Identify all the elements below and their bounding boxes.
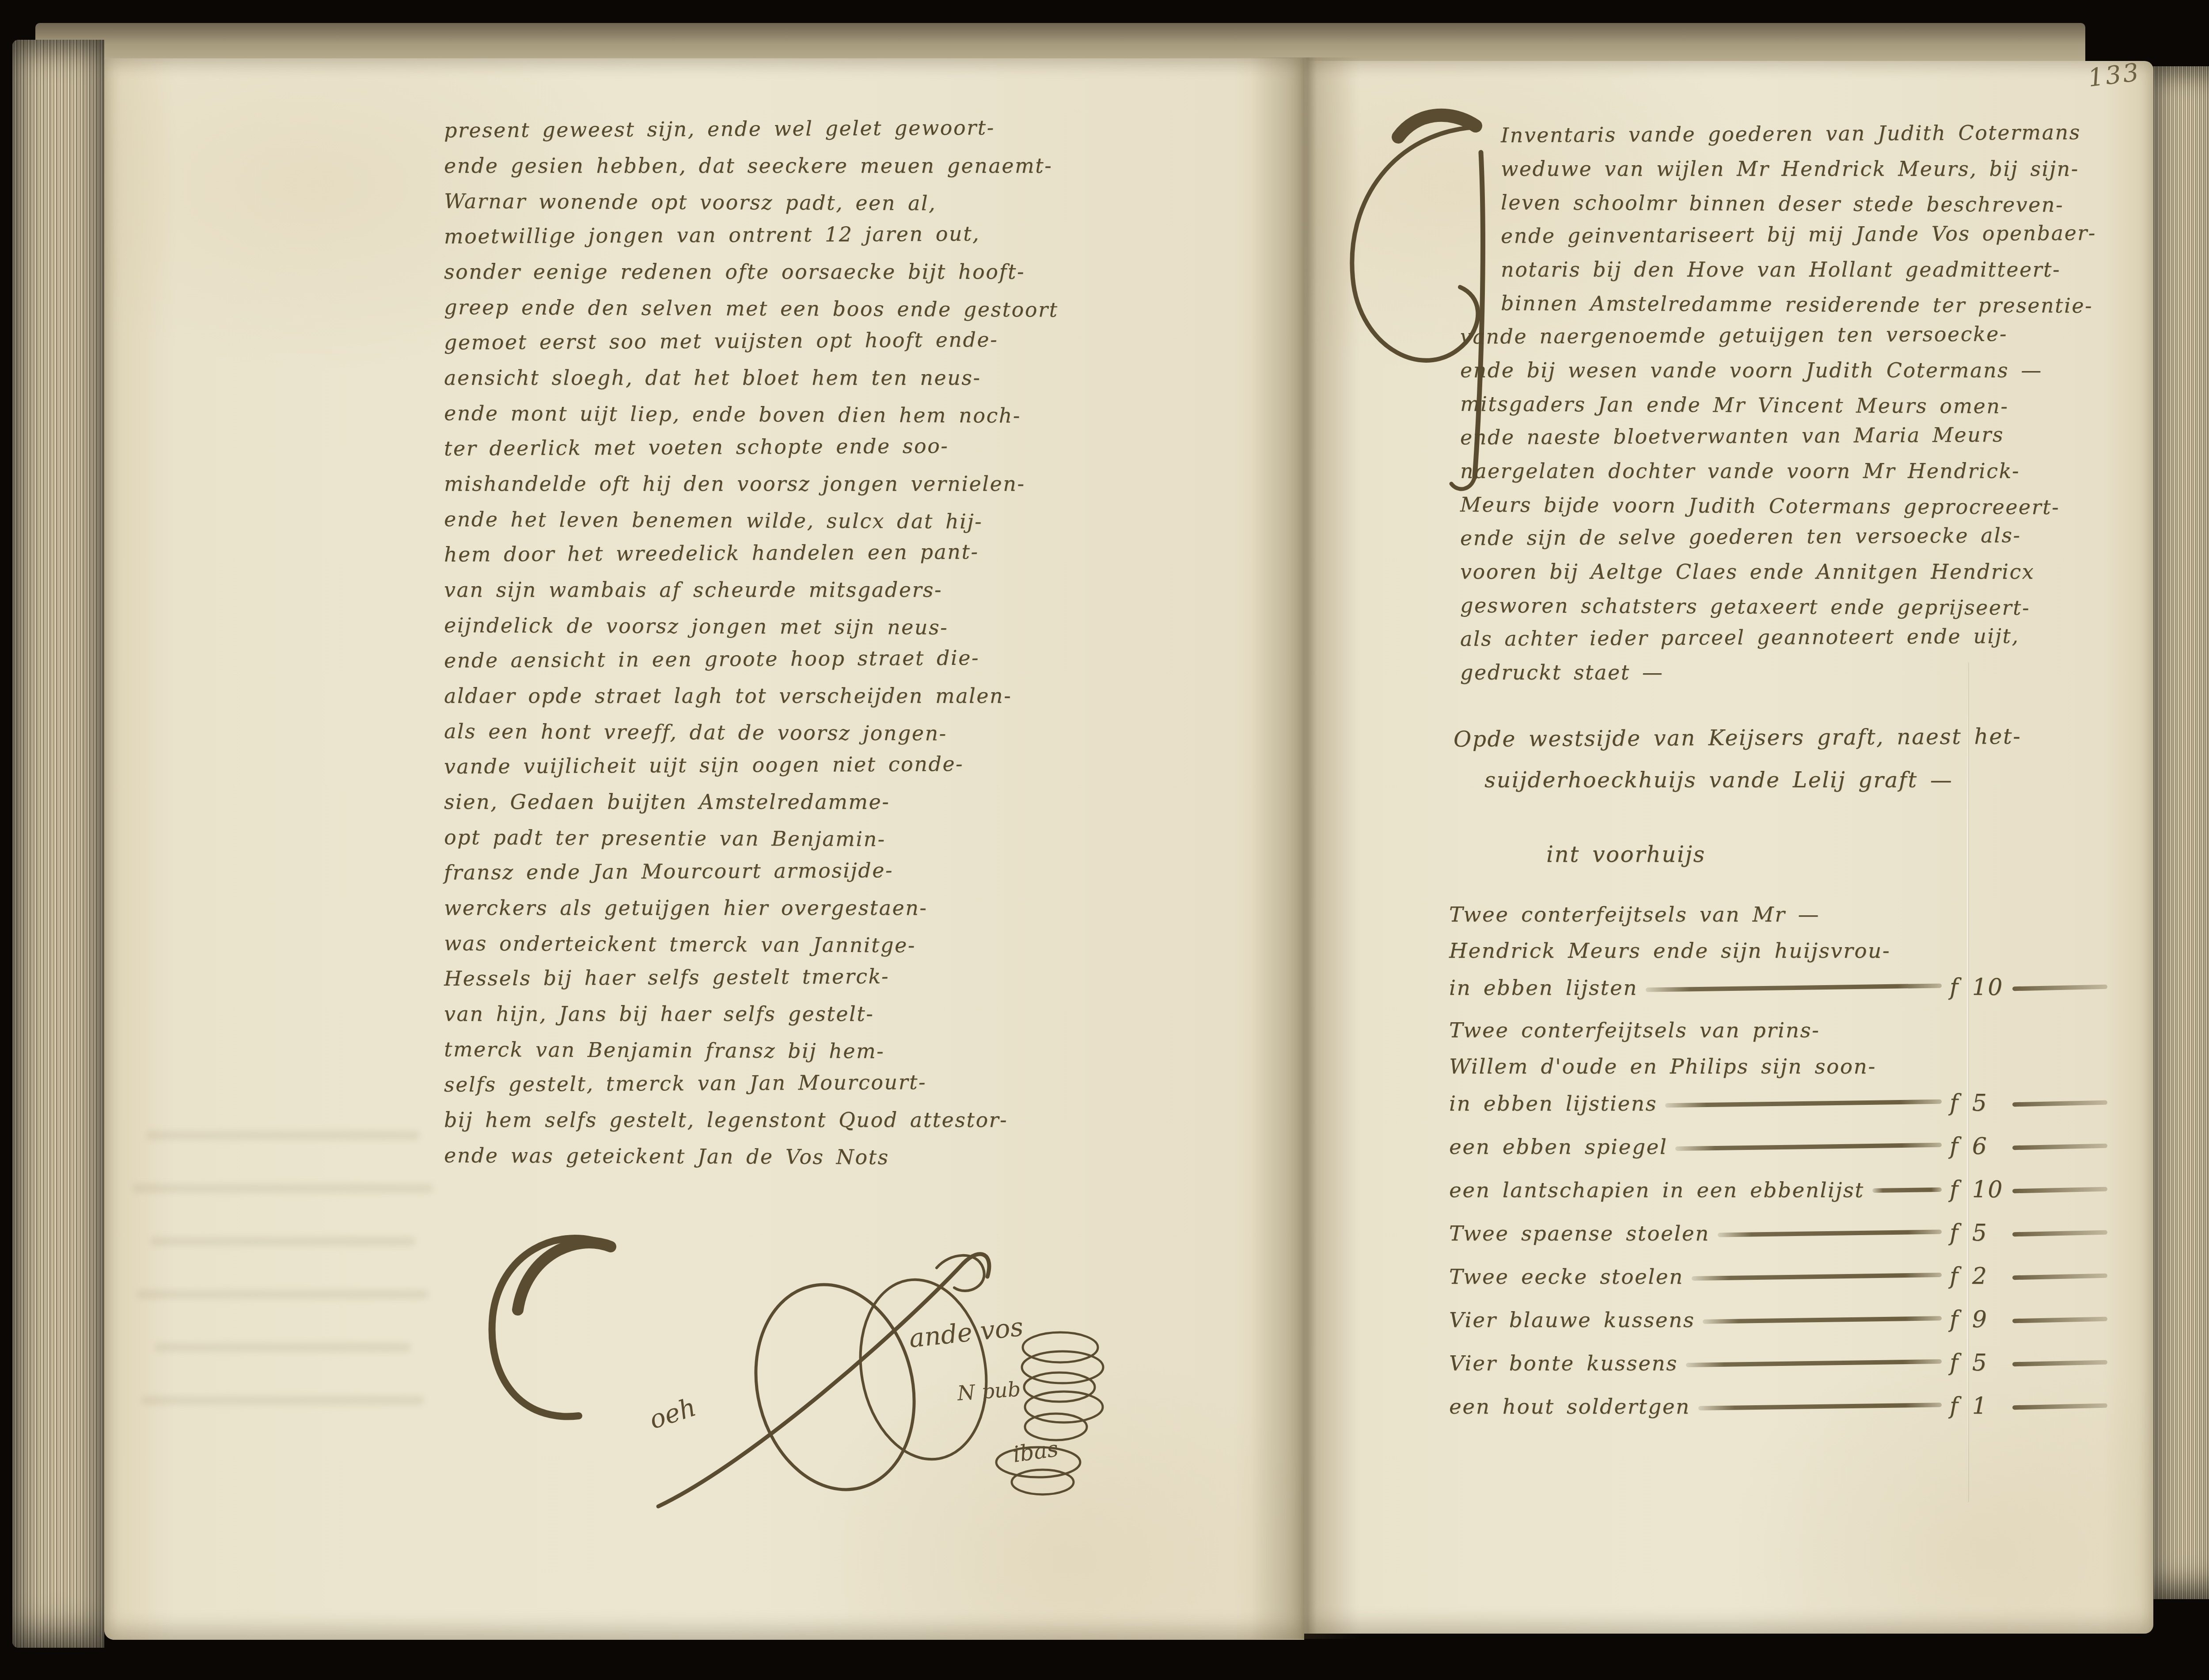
price-tail-dash (2012, 1100, 2107, 1107)
manuscript-line: vande naergenoemde getuijgen ten versoec… (1460, 316, 2096, 353)
bleedthrough-smudge (133, 1184, 433, 1193)
manuscript-line: van hijn, Jans bij haer selfs gestelt- (444, 996, 1058, 1032)
signature-word-ibas: ibas (1011, 1436, 1060, 1468)
inventory-item: Twee eecke stoelenf 2 (1449, 1258, 2107, 1295)
item-continuation-line: Twee conterfeijtsels van prins- (1449, 1013, 2107, 1049)
item-price: f 10 (1950, 969, 2006, 1005)
manuscript-line: aensicht sloegh, dat het bloet hem ten n… (444, 360, 1058, 395)
manuscript-line: notaris bij den Hove van Hollant geadmit… (1501, 253, 2096, 286)
signature-word-oeh: oeh (645, 1392, 699, 1435)
manuscript-line: bij hem selfs gestelt, legenstont Quod a… (444, 1102, 1058, 1138)
manuscript-line: aldaer opde straet lagh tot verscheijden… (444, 678, 1058, 713)
manuscript-line: ende aensicht in een groote hoop straet … (444, 640, 1059, 678)
price-tail-dash (2012, 1274, 2107, 1280)
inventory-item: een lantschapien in een ebbenlijstf 10 (1449, 1172, 2107, 1209)
bleedthrough-smudge (137, 1290, 429, 1299)
item-label: Twee eecke stoelen (1449, 1259, 1684, 1295)
manuscript-line: vooren bij Aeltge Claes ende Annitgen He… (1460, 555, 2096, 588)
price-tail-dash (2012, 1403, 2107, 1410)
item-price: f 1 (1950, 1388, 2006, 1424)
price-tail-dash (2012, 1187, 2107, 1194)
manuscript-line: ende gesien hebben, dat seeckere meuen g… (444, 148, 1058, 183)
price-leader-dash (1646, 983, 1942, 992)
item-price: f 6 (1950, 1128, 2006, 1164)
manuscript-line: Inventaris vande goederen van Judith Cot… (1501, 115, 2096, 152)
inventory-item: Twee conterfeijtsels van Mr —Hendrick Me… (1449, 897, 2107, 1006)
price-tail-dash (2012, 1317, 2107, 1324)
bleedthrough-smudge (155, 1343, 411, 1352)
manuscript-line: ende bij wesen vande voorn Judith Coterm… (1460, 353, 2096, 387)
bleedthrough-smudge (146, 1131, 420, 1140)
item-label: in ebben lijstiens (1449, 1086, 1657, 1122)
inventory-item: Vier bonte kussensf 5 (1449, 1345, 2107, 1382)
manuscript-line: selfs gestelt, tmerck van Jan Mourcourt- (444, 1064, 1059, 1102)
inventory-item: een hout soldertgenf 1 (1449, 1388, 2107, 1425)
manuscript-line: ende geinventariseert bij mij Jande Vos … (1501, 216, 2096, 253)
bleedthrough-smudge (150, 1237, 415, 1246)
manuscript-line: naergelaten dochter vande voorn Mr Hendr… (1460, 454, 2096, 488)
price-leader-dash (1675, 1143, 1942, 1151)
item-label: een lantschapien in een ebbenlijst (1449, 1172, 1864, 1209)
item-price: f 2 (1950, 1258, 2006, 1294)
room-subheading: int voorhuijs (1546, 842, 1706, 867)
price-leader-dash (1686, 1359, 1942, 1367)
inventory-item-list: Twee conterfeijtsels van Mr —Hendrick Me… (1449, 897, 2107, 1431)
price-leader-dash (1692, 1273, 1942, 1281)
book-top-page-edges (35, 23, 2085, 62)
manuscript-line: Hessels bij haer selfs gestelt tmerck- (444, 958, 1059, 996)
manuscript-line: werckers als getuijgen hier overgestaen- (444, 890, 1058, 925)
item-label: Vier blauwe kussens (1449, 1302, 1695, 1339)
item-continuation-line: Twee conterfeijtsels van Mr — (1449, 897, 2107, 933)
price-leader-dash (1665, 1100, 1942, 1108)
signature-word-name: ande vos (907, 1312, 1025, 1354)
manuscript-line: mishandelde oft hij den voorsz jongen ve… (444, 466, 1058, 501)
item-label: een ebben spiegel (1449, 1129, 1667, 1165)
inventory-opening-paragraph: Inventaris vande goederen van Judith Cot… (1460, 118, 2096, 689)
item-price: f 9 (1950, 1301, 2006, 1338)
item-price: f 10 (1950, 1172, 2006, 1208)
price-tail-dash (2012, 1360, 2107, 1367)
price-tail-dash (2012, 1144, 2107, 1150)
manuscript-line: moetwillige jongen van ontrent 12 jaren … (444, 216, 1059, 254)
item-continuation-line: Willem d'oude en Philips sijn soon- (1449, 1049, 2107, 1085)
manuscript-line: fransz ende Jan Mourcourt armosijde- (444, 852, 1059, 890)
price-leader-dash (1703, 1316, 1942, 1324)
location-heading: Opde westsijde van Keijsers graft, naest… (1454, 719, 2021, 800)
heading-line: suijderhoeckhuijs vande Lelij graft — (1484, 760, 2021, 800)
price-tail-dash (2012, 985, 2107, 991)
item-price: f 5 (1950, 1345, 2006, 1381)
item-price: f 5 (1950, 1215, 2006, 1251)
manuscript-line: ende was geteickent Jan de Vos Nots (444, 1138, 1059, 1176)
manuscript-line: als achter ieder parceel geannoteert end… (1460, 618, 2096, 656)
heading-line: Opde westsijde van Keijsers graft, naest… (1454, 716, 2022, 760)
book-left-page-edge-stack (12, 40, 104, 1648)
notary-signature-flourish: oeh ande vos N pub ibas (468, 1215, 1211, 1533)
inventory-item: Twee conterfeijtsels van prins-Willem d'… (1449, 1013, 2107, 1122)
item-continuation-line: Hendrick Meurs ende sijn huijsvrou- (1449, 933, 2107, 969)
manuscript-line: present geweest sijn, ende wel gelet gew… (444, 110, 1059, 148)
inventory-item: een ebben spiegelf 6 (1449, 1128, 2107, 1165)
price-leader-dash (1698, 1403, 1942, 1411)
bleedthrough-smudge (141, 1396, 424, 1405)
signature-word-npub: N pub (956, 1377, 1021, 1405)
item-price: f 5 (1950, 1085, 2006, 1121)
manuscript-line: ende naeste bloetverwanten van Maria Meu… (1460, 417, 2096, 454)
manuscript-line: ende sijn de selve goederen ten versoeck… (1460, 518, 2096, 555)
item-label: Twee spaense stoelen (1449, 1216, 1710, 1252)
price-leader-dash (1872, 1187, 1942, 1193)
manuscript-line: gedruckt staet — (1460, 656, 2096, 689)
manuscript-line: van sijn wambais af scheurde mitsgaders- (444, 572, 1058, 607)
book-right-page-edge-stack (2152, 66, 2209, 1599)
manuscript-line: gemoet eerst soo met vuijsten opt hooft … (444, 322, 1059, 360)
manuscript-line: sien, Gedaen buijten Amstelredamme- (444, 784, 1058, 819)
manuscript-line: vande vuijlicheit uijt sijn oogen niet c… (444, 746, 1059, 784)
manuscript-line: hem door het wreedelick handelen een pan… (444, 534, 1059, 572)
item-label: Vier bonte kussens (1449, 1346, 1678, 1382)
item-label: in ebben lijsten (1449, 970, 1638, 1006)
inventory-item: Vier blauwe kussensf 9 (1449, 1301, 2107, 1339)
manuscript-scan: 133 present geweest sijn, ende wel gelet… (0, 0, 2209, 1680)
manuscript-line: ter deerlick met voeten schopte ende soo… (444, 428, 1059, 466)
left-page-text-block: present geweest sijn, ende wel gelet gew… (444, 113, 1058, 1173)
manuscript-line: sonder eenige redenen ofte oorsaecke bij… (444, 254, 1058, 289)
item-label: een hout soldertgen (1449, 1389, 1690, 1425)
manuscript-line: weduwe van wijlen Mr Hendrick Meurs, bij… (1501, 152, 2096, 186)
price-tail-dash (2012, 1230, 2107, 1237)
inventory-item: Twee spaense stoelenf 5 (1449, 1215, 2107, 1252)
price-leader-dash (1718, 1229, 1942, 1237)
